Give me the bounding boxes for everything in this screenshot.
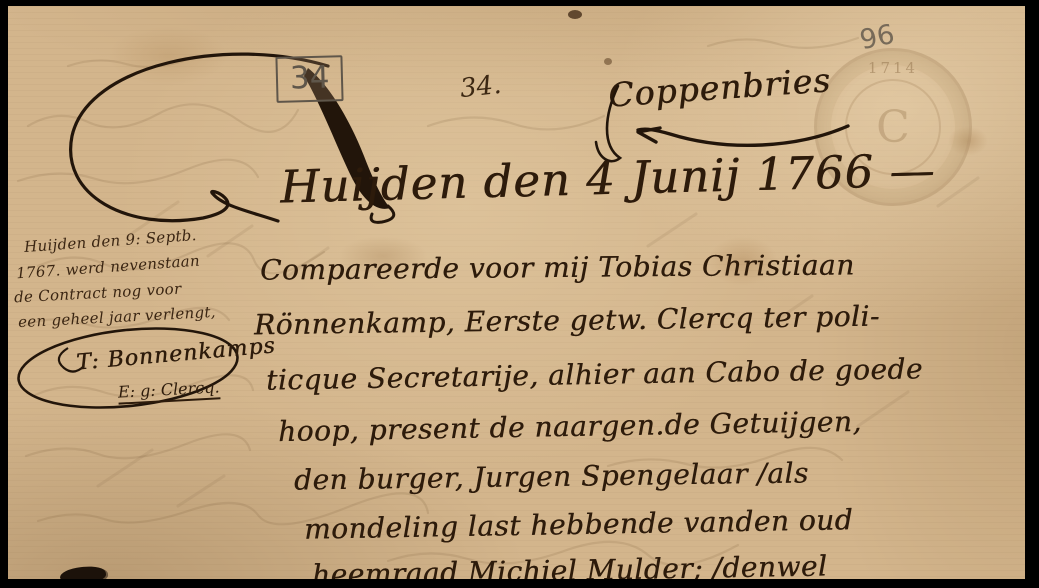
body-line-3: ticque Secretarije, alhier aan Cabo de g… xyxy=(266,352,923,396)
ink-speck xyxy=(604,58,612,65)
body-line-5: den burger, Jurgen Spengelaar /als xyxy=(294,456,809,496)
archive-number-boxed: 34 xyxy=(275,55,344,103)
margin-note-line-2: 1767. werd nevenstaan xyxy=(16,252,201,283)
manuscript-page: 34 34. 96 1714 C Coppenbries Huijden den… xyxy=(8,6,1025,579)
body-line-6: mondeling last hebbende vanden oud xyxy=(304,503,854,546)
manuscript-scan: 34 34. 96 1714 C Coppenbries Huijden den… xyxy=(0,0,1039,588)
doc-type-label: Coppenbries xyxy=(607,60,832,114)
margin-signature: T: Bonnenkamps xyxy=(75,333,276,375)
page-number-script: 34. xyxy=(459,70,503,104)
body-line-2: Rönnenkamp, Eerste getw. Clercq ter poli… xyxy=(254,300,880,342)
margin-note-line-1: Huijden den 9: Septb. xyxy=(24,226,198,256)
margin-note-line-3: de Contract nog voor xyxy=(14,280,182,307)
stain xyxy=(108,26,228,86)
body-line-7: heemraad Michiel Mulder; /denwel xyxy=(312,550,828,579)
heading-date-line: Huijden den 4 Junij 1766 — xyxy=(279,143,936,213)
ink-speck xyxy=(568,10,582,19)
margin-signature-clerk: E: g: Clercq. xyxy=(117,377,220,404)
margin-note-line-4: een geheel jaar verlengt, xyxy=(18,303,217,331)
seal-date: 1714 xyxy=(817,59,969,77)
body-line-1: Compareerde voor mij Tobias Christiaan xyxy=(260,248,855,286)
archive-number-boxed-value: 34 xyxy=(290,59,330,96)
body-line-4: hoop, present de naargen.de Getuijgen, xyxy=(278,405,862,448)
ink-blot xyxy=(59,565,107,579)
